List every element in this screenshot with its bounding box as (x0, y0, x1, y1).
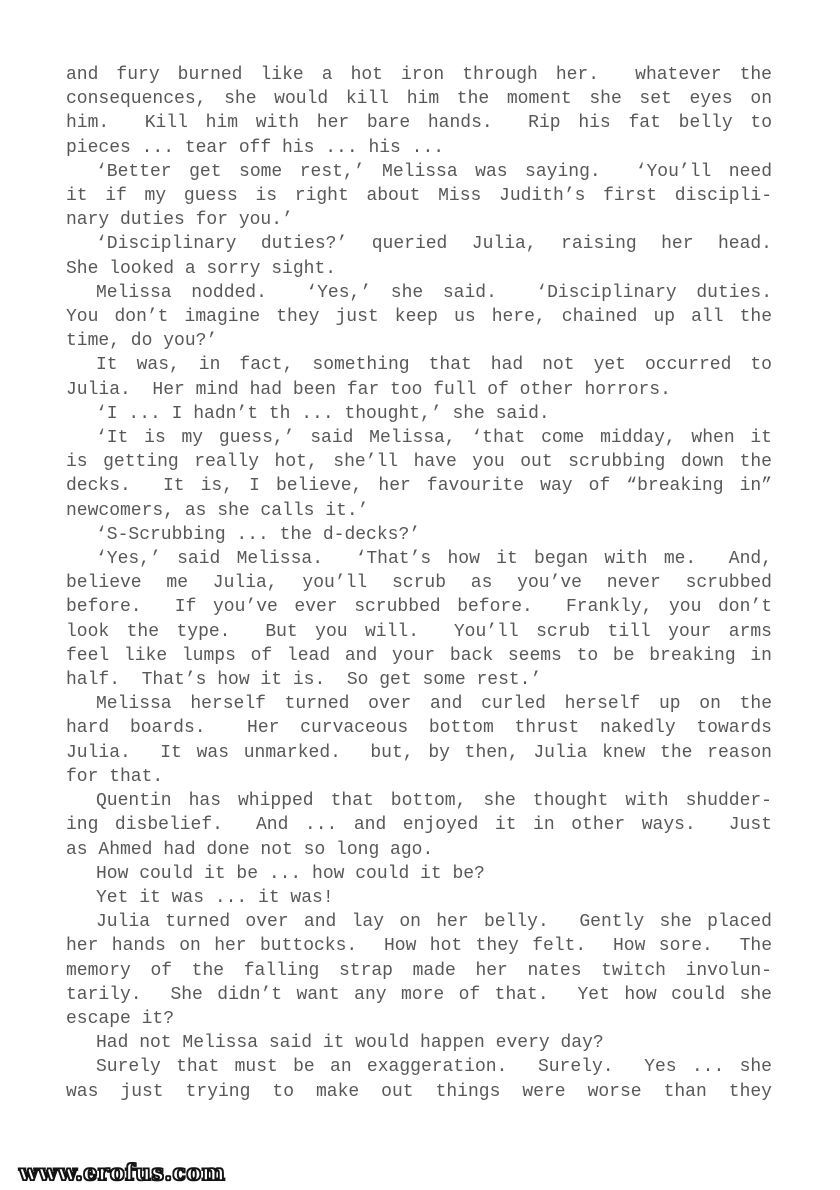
text-line: and fury burned like a hot iron through … (66, 63, 772, 87)
text-line: tarily. She didn’t want any more of that… (66, 983, 772, 1007)
text-line: newcomers, as she calls it.’ (66, 499, 772, 523)
text-line: escape it? (66, 1007, 772, 1031)
text-line: is getting really hot, she’ll have you o… (66, 450, 772, 474)
text-line: for that. (66, 765, 772, 789)
text-line: as Ahmed had done not so long ago. (66, 838, 772, 862)
text-line: Yet it was ... it was! (66, 886, 772, 910)
text-line: decks. It is, I believe, her favourite w… (66, 474, 772, 498)
text-line: ‘Better get some rest,’ Melissa was sayi… (66, 160, 772, 184)
text-line: Julia. It was unmarked. but, by then, Ju… (66, 741, 772, 765)
text-line: It was, in fact, something that had not … (66, 353, 772, 377)
text-line: Melissa nodded. ‘Yes,’ she said. ‘Discip… (66, 281, 772, 305)
text-line: Surely that must be an exaggeration. Sur… (66, 1055, 772, 1079)
text-line: memory of the falling strap made her nat… (66, 959, 772, 983)
text-line: Quentin has whipped that bottom, she tho… (66, 789, 772, 813)
text-line: her hands on her buttocks. How hot they … (66, 934, 772, 958)
text-line: half. That’s how it is. So get some rest… (66, 668, 772, 692)
text-line: feel like lumps of lead and your back se… (66, 644, 772, 668)
text-line: consequences, she would kill him the mom… (66, 87, 772, 111)
text-line: time, do you?’ (66, 329, 772, 353)
text-line: ‘Disciplinary duties?’ queried Julia, ra… (66, 232, 772, 256)
text-line: before. If you’ve ever scrubbed before. … (66, 595, 772, 619)
text-line: ‘Yes,’ said Melissa. ‘That’s how it bega… (66, 547, 772, 571)
text-line: Julia turned over and lay on her belly. … (66, 910, 772, 934)
text-line: was just trying to make out things were … (66, 1080, 772, 1104)
text-line: him. Kill him with her bare hands. Rip h… (66, 111, 772, 135)
text-line: pieces ... tear off his ... his ... (66, 136, 772, 160)
text-line: ‘I ... I hadn’t th ... thought,’ she sai… (66, 402, 772, 426)
text-line: believe me Julia, you’ll scrub as you’ve… (66, 571, 772, 595)
page-text: and fury burned like a hot iron through … (66, 63, 772, 1104)
text-line: How could it be ... how could it be? (66, 862, 772, 886)
text-line: ing disbelief. And ... and enjoyed it in… (66, 813, 772, 837)
text-line: Julia. Her mind had been far too full of… (66, 378, 772, 402)
text-line: Melissa herself turned over and curled h… (66, 692, 772, 716)
text-line: nary duties for you.’ (66, 208, 772, 232)
text-line: look the type. But you will. You’ll scru… (66, 620, 772, 644)
text-line: ‘S-Scrubbing ... the d-decks?’ (66, 523, 772, 547)
book-page: and fury burned like a hot iron through … (0, 0, 840, 1190)
watermark: www.erofus.com (19, 1160, 225, 1186)
text-line: Had not Melissa said it would happen eve… (66, 1031, 772, 1055)
text-line: ‘It is my guess,’ said Melissa, ‘that co… (66, 426, 772, 450)
text-line: You don’t imagine they just keep us here… (66, 305, 772, 329)
text-line: She looked a sorry sight. (66, 257, 772, 281)
text-line: hard boards. Her curvaceous bottom thrus… (66, 716, 772, 740)
text-line: it if my guess is right about Miss Judit… (66, 184, 772, 208)
